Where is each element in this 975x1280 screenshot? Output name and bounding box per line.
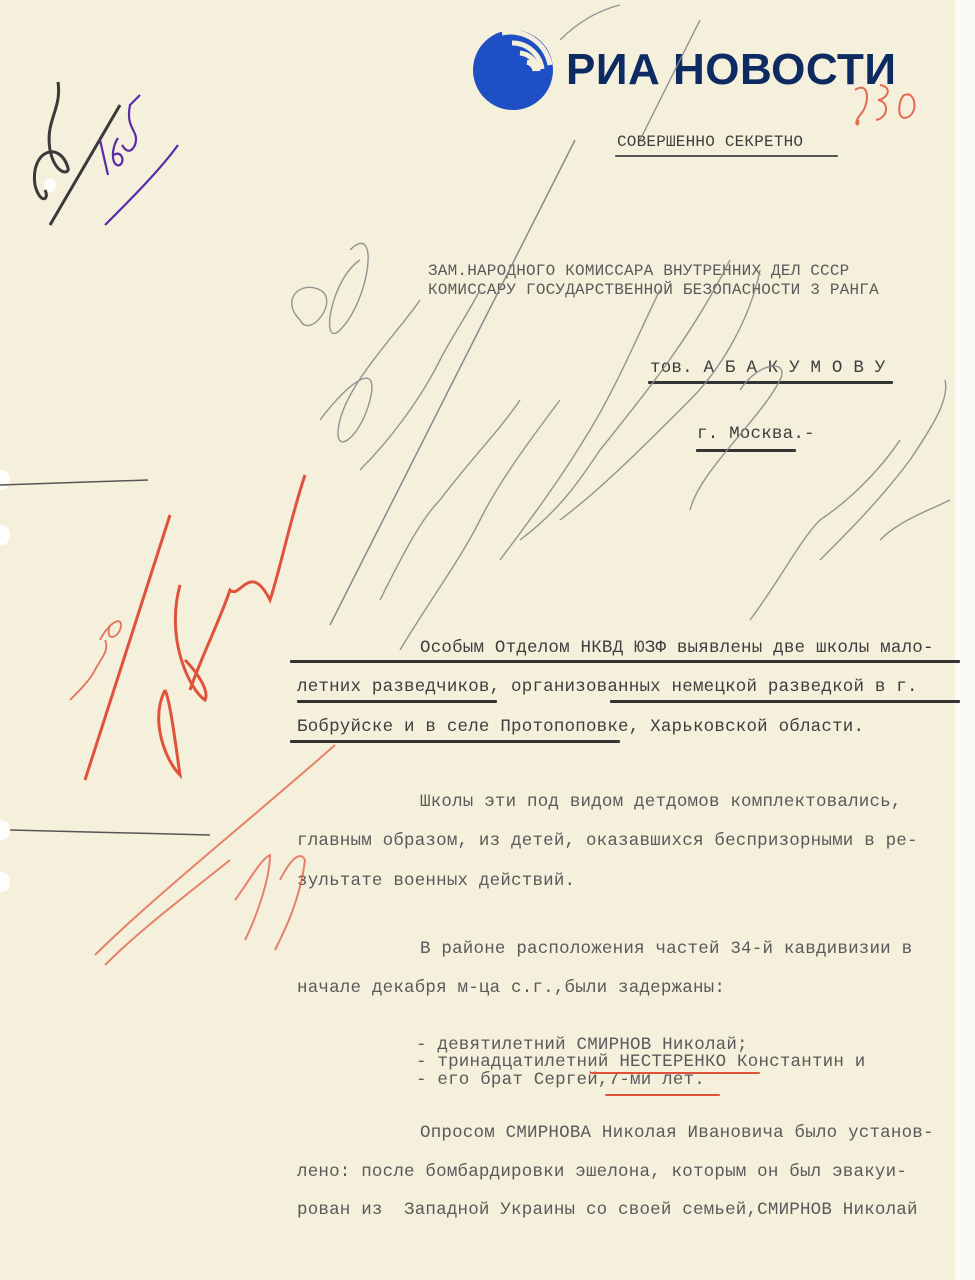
recipient-city: г. Москва.- — [697, 426, 815, 444]
watermark-brand: РИА НОВОСТИ — [566, 45, 897, 95]
pencil-underline — [297, 700, 497, 703]
body-line: В районе расположения частей 34-й кавдив… — [420, 941, 912, 959]
addressee-line-1: ЗАМ.НАРОДНОГО КОМИССАРА ВНУТРЕННИХ ДЕЛ С… — [428, 263, 849, 279]
body-line: начале декабря м-ца с.г.,были задержаны: — [297, 980, 725, 998]
addressee-line-2: КОМИССАРУ ГОСУДАРСТВЕННОЙ БЕЗОПАСНОСТИ 3… — [428, 282, 879, 298]
punch-hole — [44, 178, 56, 192]
recipient-underline — [648, 381, 893, 384]
list-item: - его брат Сергей,7-ми лет. — [416, 1072, 705, 1090]
body-line: Особым Отделом НКВД ЮЗФ выявлены две шко… — [420, 640, 934, 658]
ria-globe-icon — [472, 29, 554, 111]
body-line: рован из Западной Украины со своей семье… — [297, 1202, 918, 1220]
red-underline — [590, 1072, 760, 1074]
body-line: лено: после бомбардировки эшелона, котор… — [297, 1164, 907, 1182]
pencil-underline — [290, 740, 620, 743]
body-line: летних разведчиков, организованных немец… — [297, 679, 918, 697]
body-line: главным образом, из детей, оказавшихся б… — [297, 833, 918, 851]
pencil-underline — [290, 660, 960, 663]
body-line: зультате военных действий. — [297, 873, 575, 891]
body-line: Бобруйске и в селе Протопоповке, Харьков… — [297, 719, 864, 737]
body-line: Опросом СМИРНОВА Николая Ивановича было … — [420, 1125, 934, 1143]
recipient-name: тов. А Б А К У М О В У — [650, 360, 885, 378]
page-edge — [955, 0, 975, 1280]
list-item: - тринадцатилетний НЕСТЕРЕНКО Константин… — [416, 1054, 865, 1072]
watermark-logo: РИА НОВОСТИ — [472, 30, 897, 110]
pencil-underline — [610, 700, 960, 703]
body-line: Школы эти под видом детдомов комплектова… — [420, 794, 902, 812]
classification-stamp: СОВЕРШЕННО СЕКРЕТНО — [617, 134, 803, 150]
classification-underline — [615, 155, 838, 157]
city-underline — [696, 449, 796, 452]
red-underline — [605, 1094, 720, 1096]
